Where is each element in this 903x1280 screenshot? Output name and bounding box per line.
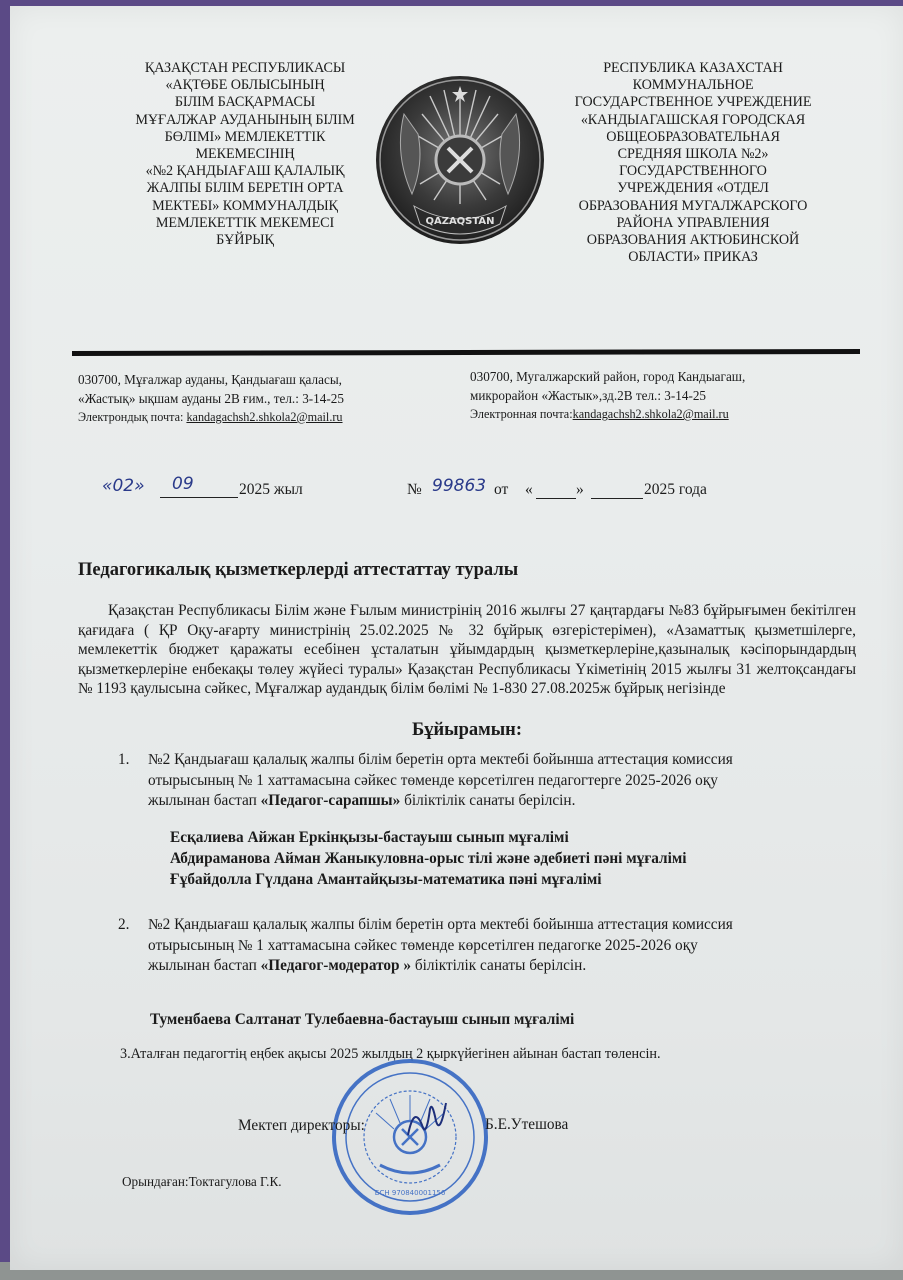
item-line: отырысының № 1 хаттамасына сәйкес төменд…	[148, 771, 868, 792]
email-row: Электрондық почта: kandagachsh2.shkola2@…	[78, 408, 344, 427]
handwritten-order-number: 99863	[432, 476, 486, 496]
order-heading: Бұйырамын:	[412, 720, 522, 741]
teacher-name: Туменбаева Салтанат Тулебаевна-бастауыш …	[150, 1009, 574, 1030]
year-ru: 2025 года	[644, 481, 707, 499]
item-line: отырысының № 1 хаттамасына сәйкес төменд…	[148, 936, 868, 957]
item-text: №2 Қандыағаш қалалық жалпы білім беретін…	[148, 750, 868, 812]
header-line: УЧРЕЖДЕНИЯ «ОТДЕЛ	[548, 180, 838, 197]
item-line: жылынан бастап «Педагог-сарапшы» білікті…	[148, 791, 868, 812]
header-line: РЕСПУБЛИКА КАЗАХСТАН	[548, 60, 838, 77]
header-line: ГОСУДАРСТВЕННОГО	[548, 163, 838, 180]
header-line: «КАНДЫАГАШСКАЯ ГОРОДСКАЯ	[548, 112, 838, 129]
email-label: Электронная почта:	[470, 407, 573, 421]
header-line: МЕКЕМЕСІНІҢ	[95, 146, 395, 163]
address-line: 030700, Мұғалжар ауданы, Қандыағаш қалас…	[78, 370, 344, 389]
header-line: СРЕДНЯЯ ШКОЛА №2»	[548, 146, 838, 163]
svg-text:QAZAQSTAN: QAZAQSTAN	[425, 216, 494, 227]
item-line: жылынан бастап «Педагог-модератор » білі…	[148, 956, 868, 977]
header-line: МЕМЛЕКЕТТІК МЕКЕМЕСІ	[95, 215, 395, 232]
email-label: Электрондық почта:	[78, 410, 186, 424]
state-emblem-icon: QAZAQSTAN	[374, 74, 546, 246]
header-line: ОБРАЗОВАНИЯ МУГАЛЖАРСКОГО	[548, 198, 838, 215]
header-line: МҰҒАЛЖАР АУДАНЫНЫҢ БІЛІМ	[95, 112, 395, 129]
item-text-post: біліктілік санаты берілсін.	[411, 957, 586, 974]
header-line: ҚАЗАҚСТАН РЕСПУБЛИКАСЫ	[95, 60, 395, 77]
from-label: от	[494, 481, 508, 499]
header-line: «№2 ҚАНДЫАҒАШ ҚАЛАЛЫҚ	[95, 163, 395, 180]
item-text: №2 Қандыағаш қалалық жалпы білім беретін…	[148, 915, 868, 977]
address-line: «Жастық» ықшам ауданы 2В ғим., тел.: 3-1…	[78, 389, 344, 408]
header-line: БӨЛІМІ» МЕМЛЕКЕТТІК	[95, 129, 395, 146]
blank-month-line	[591, 498, 643, 499]
teacher-name: Есқалиева Айжан Еркінқызы-бастауыш сынып…	[170, 827, 687, 848]
blank-day-line	[536, 498, 576, 499]
header-line: ОБЛАСТИ» ПРИКАЗ	[548, 249, 838, 266]
address-line: микрорайон «Жастык»,зд.2В тел.: 3-14-25	[470, 386, 745, 405]
item-text-pre: жылынан бастап	[148, 792, 261, 809]
header-line: БҰЙРЫҚ	[95, 232, 395, 249]
header-line: ОБЩЕОБРАЗОВАТЕЛЬНАЯ	[548, 129, 838, 146]
item-line: №2 Қандыағаш қалалық жалпы білім беретін…	[148, 915, 868, 936]
teacher-list-2: Туменбаева Салтанат Тулебаевна-бастауыш …	[150, 1009, 574, 1030]
teacher-list-1: Есқалиева Айжан Еркінқызы-бастауыш сынып…	[170, 827, 687, 890]
signature-role: Мектеп директоры:	[238, 1117, 365, 1135]
order-dateline: «02» 09 2025 жыл № 99863 от « » 2025 год…	[102, 478, 802, 508]
address-russian: 030700, Мугалжарский район, город Кандыа…	[470, 367, 745, 424]
header-line: БІЛІМ БАСҚАРМАСЫ	[95, 94, 395, 111]
svg-text:БСН 970840001156: БСН 970840001156	[375, 1189, 446, 1197]
address-kazakh: 030700, Мұғалжар ауданы, Қандыағаш қалас…	[78, 370, 344, 427]
quote-close: »	[576, 481, 584, 499]
preamble-paragraph: Қазақстан Республикасы Білім және Ғылым …	[78, 601, 856, 699]
executor-name: Орындаған:Токтагулова Г.К.	[122, 1174, 282, 1190]
email-link[interactable]: kandagachsh2.shkola2@mail.ru	[186, 410, 342, 424]
number-sign: №	[407, 481, 422, 499]
item-text-pre: жылынан бастап	[148, 957, 261, 974]
header-kazakh: ҚАЗАҚСТАН РЕСПУБЛИКАСЫ «АҚТӨБЕ ОБЛЫСЫНЫҢ…	[95, 60, 395, 249]
document-title: Педагогикалық қызметкерлерді аттестаттау…	[78, 560, 518, 581]
teacher-name: Ғұбайдолла Гүлдана Амантайқызы-математик…	[170, 869, 687, 890]
header-line: МЕКТЕБІ» КОММУНАЛДЫҚ	[95, 198, 395, 215]
signatory-name: Б.Е.Утешова	[485, 1116, 568, 1134]
teacher-name: Абдираманова Айман Жаныкуловна-орыс тілі…	[170, 848, 687, 869]
quote-open: «	[525, 481, 533, 499]
category-name: «Педагог-сарапшы»	[261, 792, 401, 809]
header-line: ГОСУДАРСТВЕННОЕ УЧРЕЖДЕНИЕ	[548, 94, 838, 111]
item-number: 2.	[118, 915, 129, 936]
email-row: Электронная почта:kandagachsh2.shkola2@m…	[470, 405, 745, 424]
category-name: «Педагог-модератор »	[261, 957, 411, 974]
header-line: ЖАЛПЫ БІЛІМ БЕРЕТІН ОРТА	[95, 180, 395, 197]
handwritten-day: «02»	[102, 476, 145, 496]
signature-mark	[402, 1095, 450, 1145]
item-text-post: біліктілік санаты берілсін.	[400, 792, 575, 809]
header-line: «АҚТӨБЕ ОБЛЫСЫНЫҢ	[95, 77, 395, 94]
email-link[interactable]: kandagachsh2.shkola2@mail.ru	[573, 407, 729, 421]
address-line: 030700, Мугалжарский район, город Кандыа…	[470, 367, 745, 386]
handwritten-month: 09	[160, 474, 238, 498]
header-line: КОММУНАЛЬНОЕ	[548, 77, 838, 94]
item-number: 1.	[118, 750, 129, 771]
header-russian: РЕСПУБЛИКА КАЗАХСТАН КОММУНАЛЬНОЕ ГОСУДА…	[548, 60, 838, 266]
header-line: РАЙОНА УПРАВЛЕНИЯ	[548, 215, 838, 232]
header-line: ОБРАЗОВАНИЯ АКТЮБИНСКОЙ	[548, 232, 838, 249]
item-line: №2 Қандыағаш қалалық жалпы білім беретін…	[148, 750, 868, 771]
year-kz: 2025 жыл	[239, 481, 303, 499]
